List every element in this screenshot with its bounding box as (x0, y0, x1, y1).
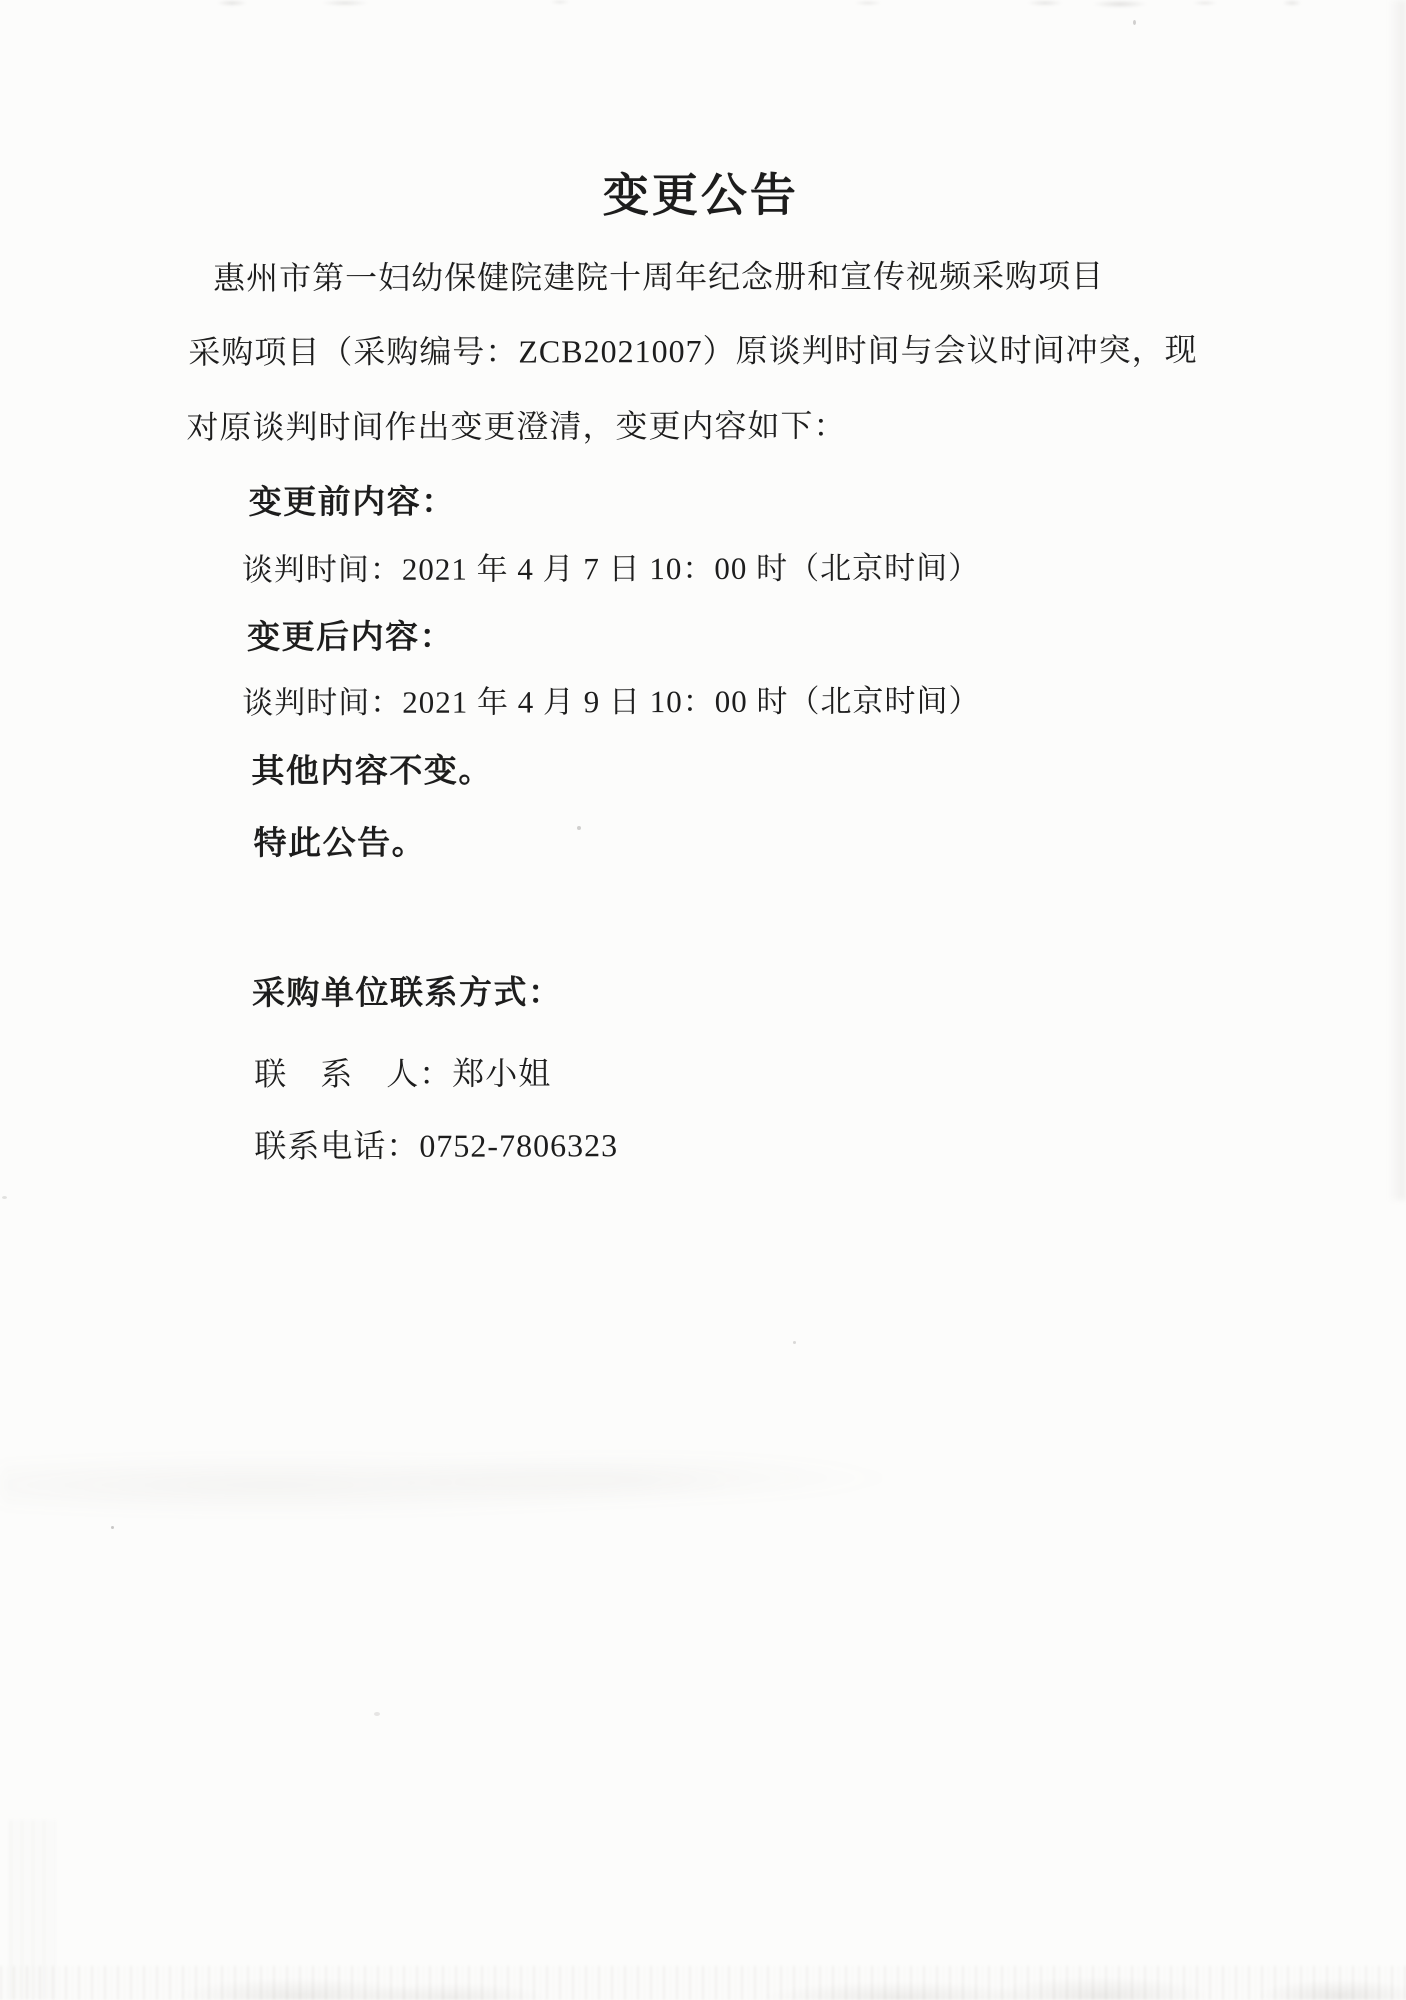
document-content: 变更公告 惠州市第一妇幼保健院建院十周年纪念册和宣传视频采购项目 采购项目（采购… (0, 0, 1406, 2000)
contact-section-heading: 采购单位联系方式： (252, 975, 563, 1009)
paragraph-line-3: 对原谈判时间作出变更澄清，变更内容如下： (186, 410, 846, 444)
closing-statement: 特此公告。 (254, 826, 427, 859)
section-heading-after-change: 变更后内容： (247, 620, 454, 654)
paragraph-line-2: 采购项目（采购编号：ZCB2021007）原谈判时间与会议时间冲突，现 (188, 334, 1197, 369)
contact-person: 联 系 人：郑小姐 (254, 1057, 551, 1090)
unchanged-note: 其他内容不变。 (251, 754, 493, 788)
negotiation-time-before: 谈判时间：2021 年 4 月 7 日 10：00 时（北京时间） (242, 552, 980, 585)
paragraph-line-1: 惠州市第一妇幼保健院建院十周年纪念册和宣传视频采购项目 (213, 260, 1104, 294)
negotiation-time-after: 谈判时间：2021 年 4 月 9 日 10：00 时（北京时间） (242, 685, 980, 718)
document-title: 变更公告 (0, 170, 1404, 220)
contact-phone: 联系电话：0752-7806323 (254, 1129, 618, 1162)
scanned-document-page: 变更公告 惠州市第一妇幼保健院建院十周年纪念册和宣传视频采购项目 采购项目（采购… (0, 0, 1406, 2000)
section-heading-before-change: 变更前内容： (249, 485, 456, 519)
document-title-text: 变更公告 (603, 169, 799, 222)
